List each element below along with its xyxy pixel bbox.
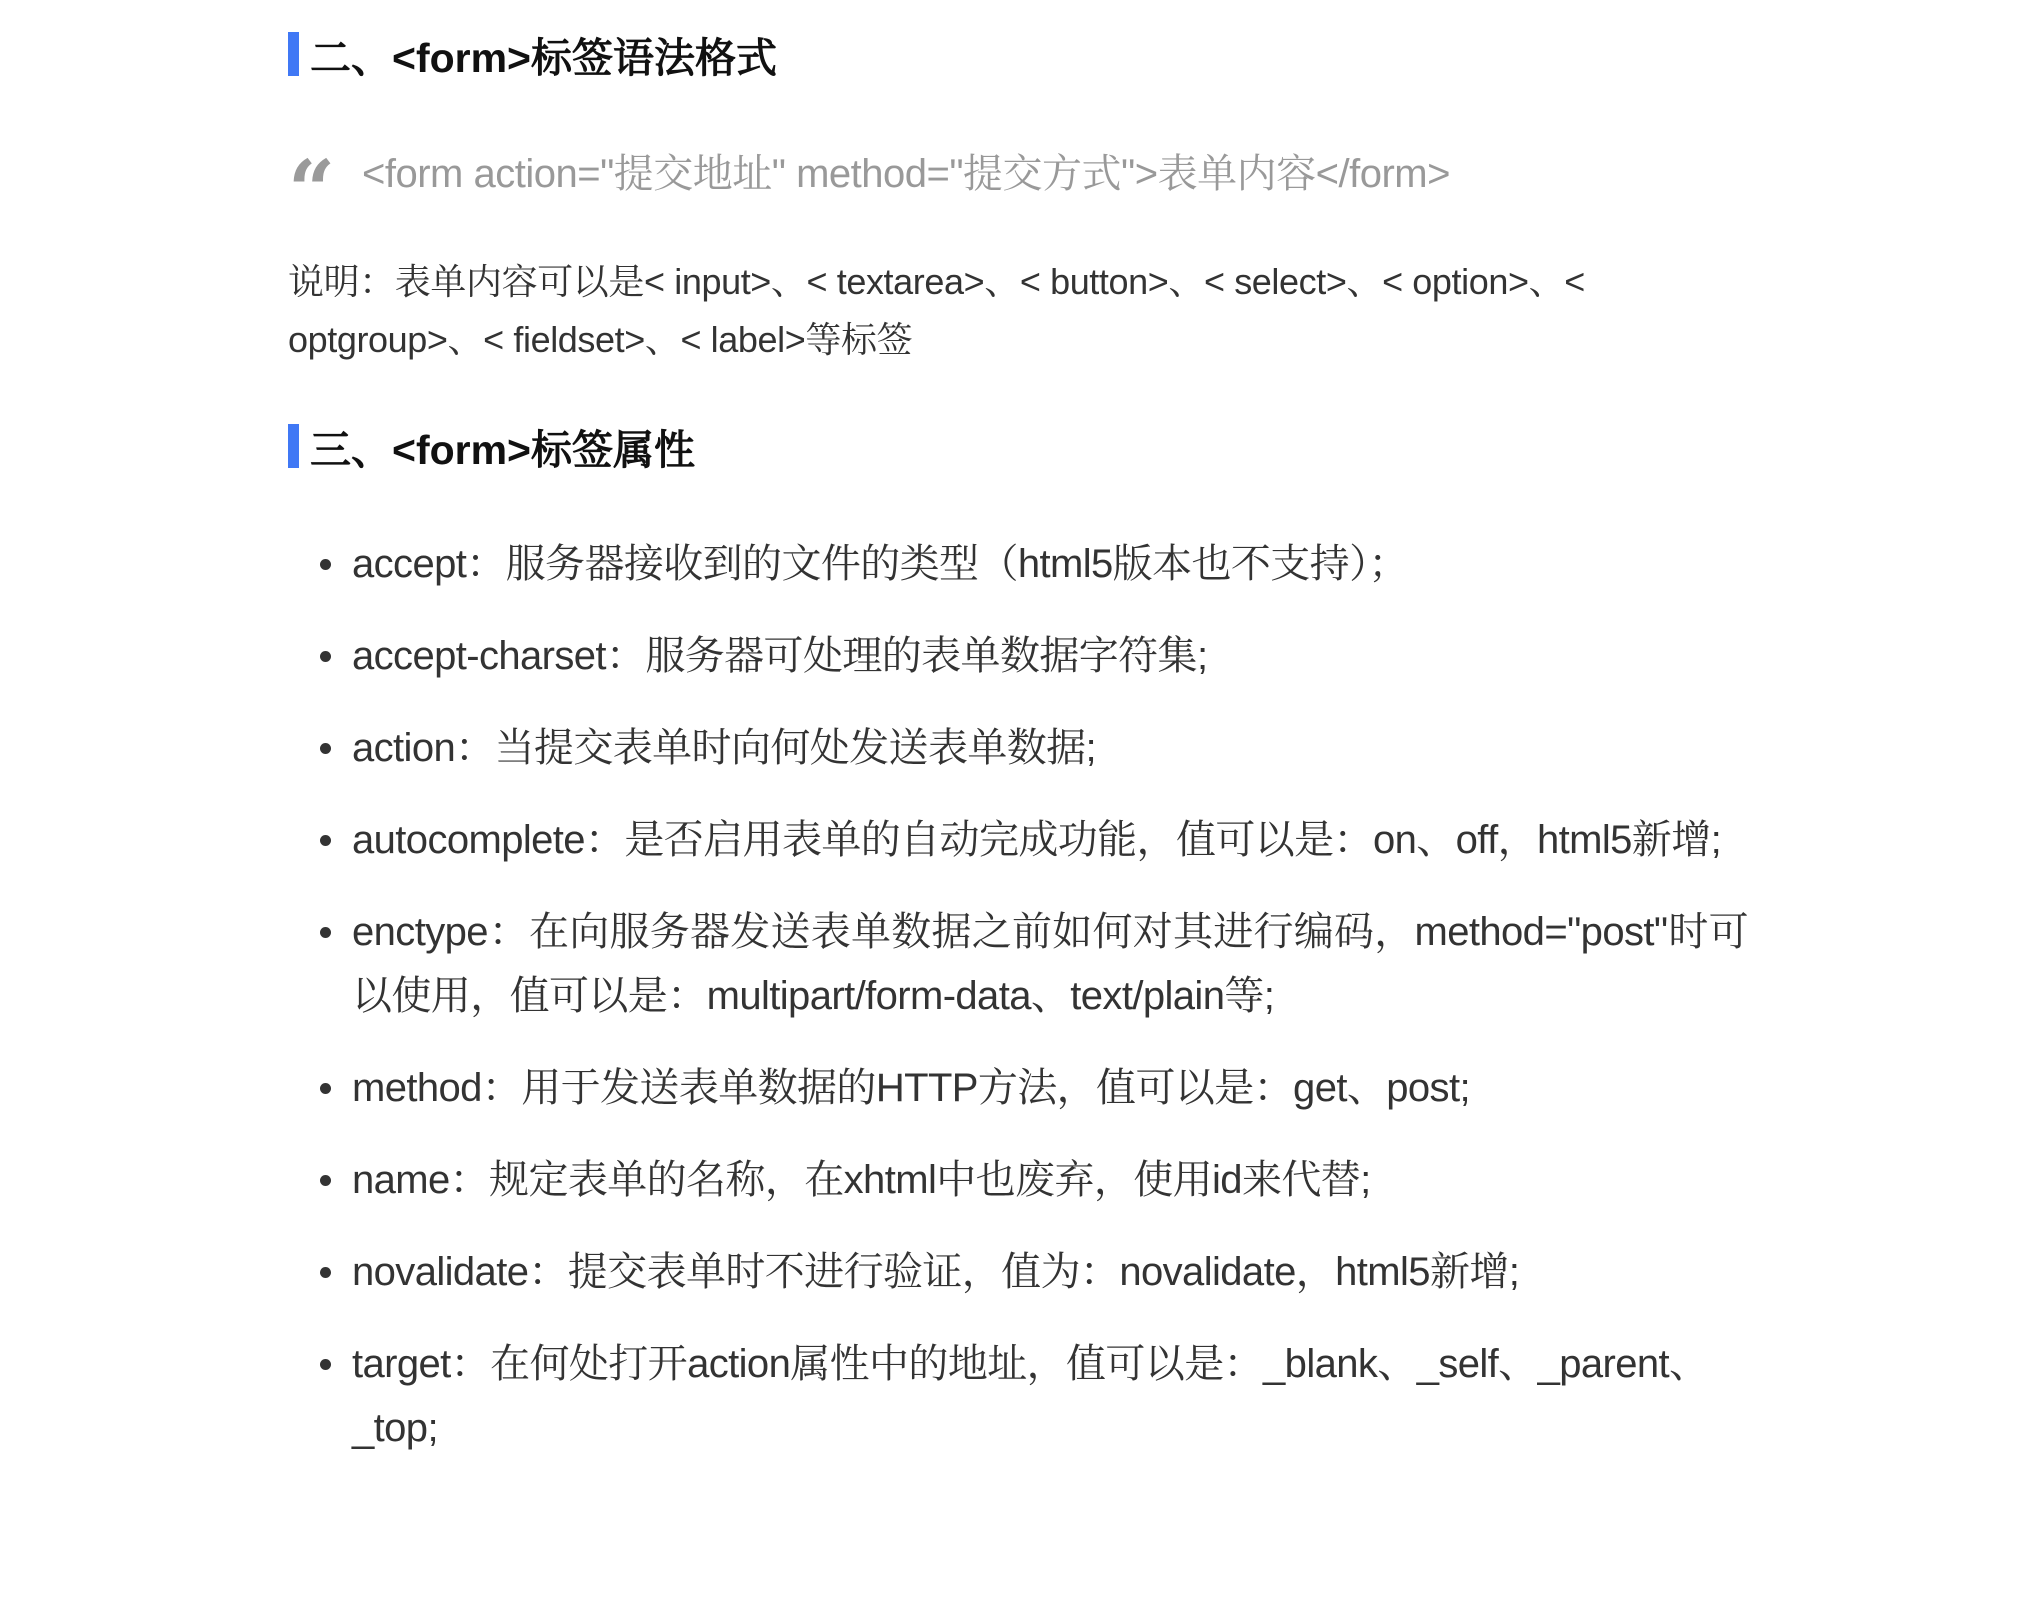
- bullet-icon: [320, 743, 331, 754]
- list-item-text: action：当提交表单时向何处发送表单数据;: [352, 726, 1096, 770]
- bullet-icon: [320, 1359, 331, 1370]
- bullet-icon: [320, 927, 331, 938]
- bullet-icon: [320, 835, 331, 846]
- list-item-action: action：当提交表单时向何处发送表单数据;: [288, 716, 1748, 780]
- attribute-list: accept：服务器接收到的文件的类型（html5版本也不支持）； accept…: [288, 532, 1748, 1488]
- bullet-icon: [320, 1267, 331, 1278]
- list-item-text: accept-charset：服务器可处理的表单数据字符集;: [352, 634, 1207, 678]
- list-item-enctype: enctype：在向服务器发送表单数据之前如何对其进行编码，method="po…: [288, 900, 1748, 1028]
- list-item-text: accept：服务器接收到的文件的类型（html5版本也不支持）；: [352, 542, 1408, 586]
- description-paragraph: 说明：表单内容可以是< input>、< textarea>、< button>…: [288, 253, 1748, 369]
- heading-accent-bar: [288, 32, 299, 76]
- bullet-icon: [320, 559, 331, 570]
- list-item-novalidate: novalidate：提交表单时不进行验证，值为：novalidate，html…: [288, 1240, 1748, 1304]
- list-item-accept: accept：服务器接收到的文件的类型（html5版本也不支持）；: [288, 532, 1748, 596]
- syntax-blockquote: “ <form action="提交地址" method="提交方式">表单内容…: [288, 140, 1450, 200]
- list-item-text: autocomplete：是否启用表单的自动完成功能，值可以是：on、off，h…: [352, 818, 1721, 862]
- section-heading-text: 二、<form>标签语法格式: [310, 25, 777, 84]
- bullet-icon: [320, 1083, 331, 1094]
- list-item-text: target：在何处打开action属性中的地址，值可以是：_blank、_se…: [352, 1342, 1708, 1450]
- syntax-example-text: <form action="提交地址" method="提交方式">表单内容</…: [362, 142, 1450, 199]
- list-item-method: method：用于发送表单数据的HTTP方法，值可以是：get、post;: [288, 1056, 1748, 1120]
- heading-accent-bar: [288, 424, 299, 468]
- section-heading-text: 三、<form>标签属性: [310, 417, 695, 476]
- bullet-icon: [320, 1175, 331, 1186]
- section-heading-syntax: 二、<form>标签语法格式: [288, 32, 777, 76]
- list-item-text: method：用于发送表单数据的HTTP方法，值可以是：get、post;: [352, 1066, 1470, 1110]
- bullet-icon: [320, 651, 331, 662]
- list-item-accept-charset: accept-charset：服务器可处理的表单数据字符集;: [288, 624, 1748, 688]
- section-heading-attributes: 三、<form>标签属性: [288, 424, 695, 468]
- list-item-name: name：规定表单的名称，在xhtml中也废弃，使用id来代替;: [288, 1148, 1748, 1212]
- quote-icon: “: [288, 150, 348, 210]
- list-item-text: name：规定表单的名称，在xhtml中也废弃，使用id来代替;: [352, 1158, 1371, 1202]
- list-item-text: novalidate：提交表单时不进行验证，值为：novalidate，html…: [352, 1250, 1519, 1294]
- list-item-target: target：在何处打开action属性中的地址，值可以是：_blank、_se…: [288, 1332, 1748, 1460]
- list-item-autocomplete: autocomplete：是否启用表单的自动完成功能，值可以是：on、off，h…: [288, 808, 1748, 872]
- list-item-text: enctype：在向服务器发送表单数据之前如何对其进行编码，method="po…: [352, 900, 1748, 1028]
